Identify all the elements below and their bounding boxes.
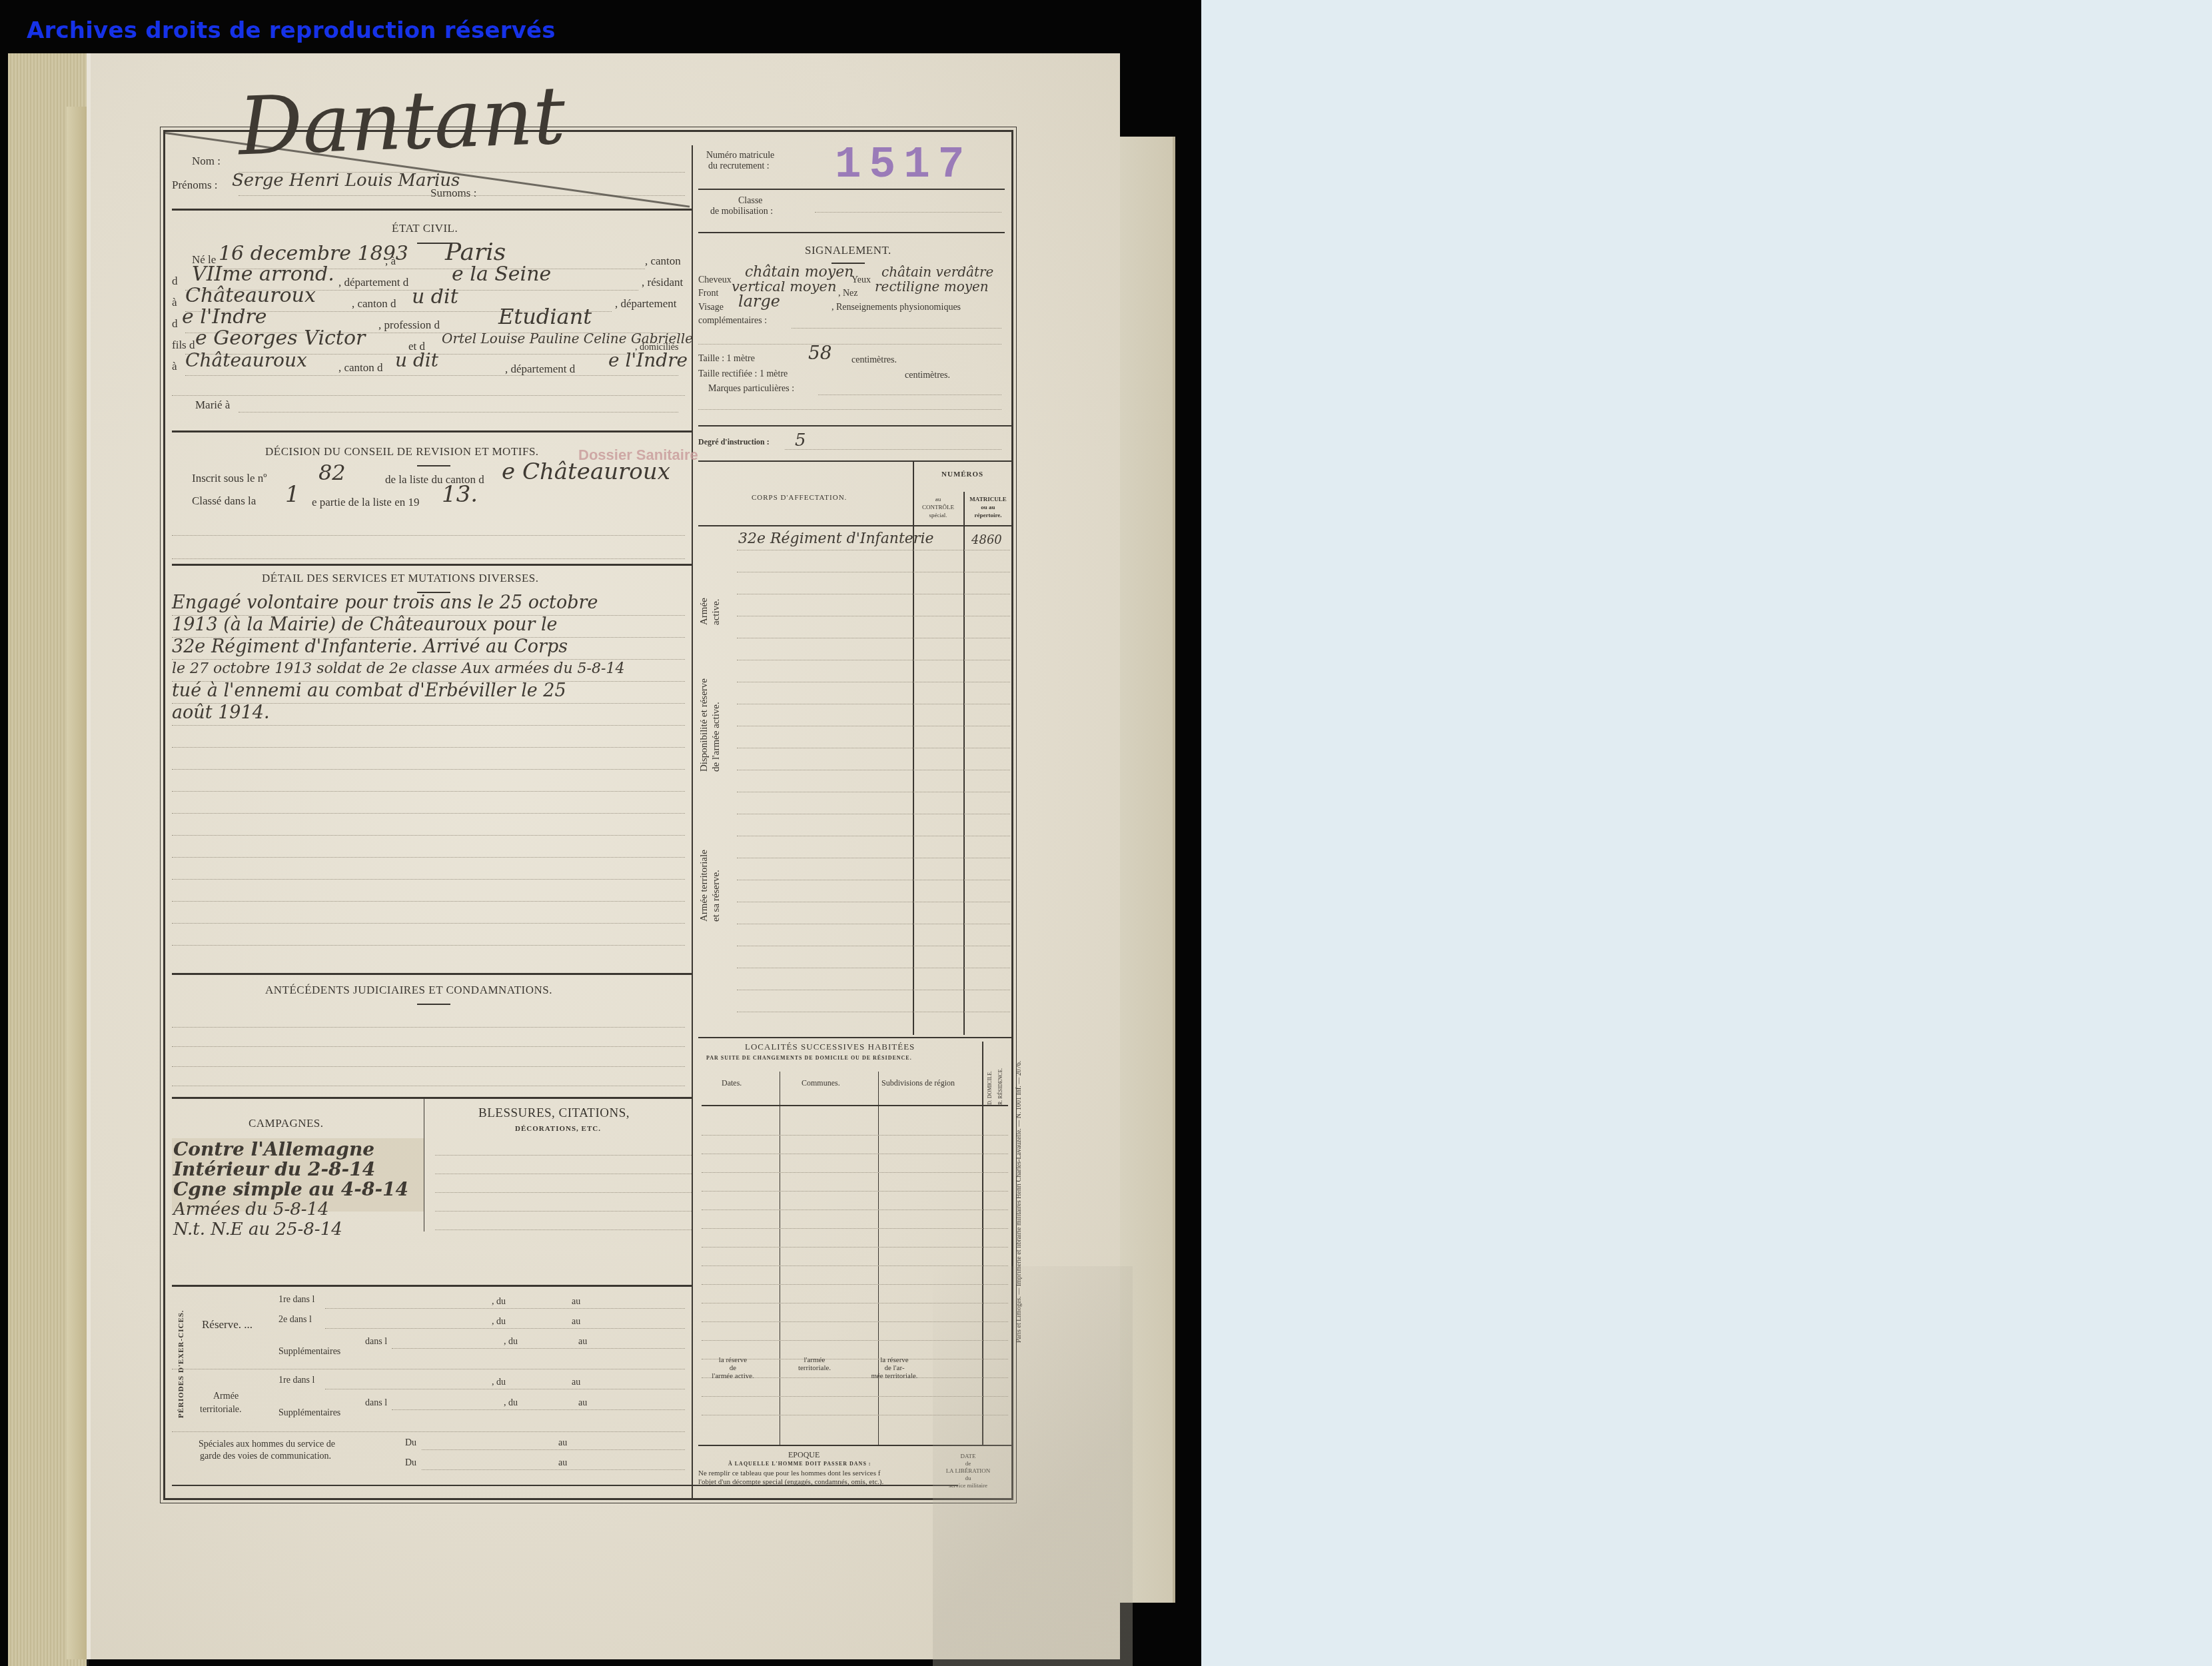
col-reserve-territoriale: la réserve de l'ar- mée territoriale. <box>856 1356 933 1380</box>
blessures-subtitle: DÉCORATIONS, ETC. <box>515 1125 601 1133</box>
residence-canton-value: u dit <box>412 285 458 309</box>
campagne-line: N.t. N.E au 25-8-14 <box>173 1220 408 1240</box>
prenoms-value: Serge Henri Louis Marius <box>232 171 460 191</box>
col-reserve-active: la réserve de l'armée active. <box>696 1356 770 1380</box>
corps-affectation-title: CORPS D'AFFECTATION. <box>752 494 847 502</box>
birth-place-value: Paris <box>445 239 506 266</box>
epoque-title: EPOQUE <box>788 1450 820 1460</box>
instruction-label: Degré d'instruction : <box>698 437 770 447</box>
blessures-title: BLESSURES, CITATIONS, <box>478 1106 630 1121</box>
campagne-line: Armées du 5-8-14 <box>173 1200 408 1220</box>
armee-active-label: Armée active. <box>698 598 722 625</box>
campagne-line: Contre l'Allemagne <box>173 1140 408 1160</box>
campagnes-title: CAMPAGNES. <box>249 1117 324 1130</box>
column-divider <box>692 145 693 1498</box>
classe-partie-value: 1 <box>285 481 300 508</box>
col-matricule-header: MATRICULE ou au répertoire. <box>965 495 1011 519</box>
services-line: 32e Régiment d'Infanterie. Arrivé au Cor… <box>172 636 685 658</box>
nez-value: rectiligne moyen <box>875 279 989 295</box>
col-subdivisions: Subdivisions de région <box>881 1078 955 1088</box>
territoriale-label: Armée territoriale et sa réserve. <box>698 850 722 922</box>
decision-canton-value: e Châteauroux <box>502 458 670 485</box>
corps-entry: 32e Régiment d'Infanterie <box>738 530 933 547</box>
copyright-watermark: Archives droits de reproduction réservés <box>27 17 556 44</box>
visage-value: large <box>738 292 780 311</box>
parents-departement-value: e l'Indre <box>608 349 688 371</box>
decision-title: DÉCISION DU CONSEIL DE REVISION ET MOTIF… <box>265 445 539 458</box>
military-record-form: Nom : Dantant Prénoms : Serge Henri Loui… <box>163 130 1013 1500</box>
epoque-note: Ne remplir ce tableau que pour les homme… <box>698 1469 883 1487</box>
epoque-subtitle: À LAQUELLE L'HOMME DOIT PASSER DANS : <box>728 1461 871 1467</box>
birth-departement-value: e la Seine <box>452 263 551 286</box>
taille-value: 58 <box>808 342 832 364</box>
services-line: août 1914. <box>172 702 685 724</box>
binding-fold <box>67 107 88 1659</box>
services-line: le 27 octobre 1913 soldat de 2e classe A… <box>172 658 685 680</box>
matricule-entry: 4860 <box>971 533 1002 547</box>
services-line: tué à l'ennemi au combat d'Erbéviller le… <box>172 680 685 702</box>
campagne-line: Cgne simple au 4-8-14 <box>173 1180 408 1200</box>
parents-domicile-value: Châteauroux <box>185 349 307 371</box>
parents-canton-value: u dit <box>395 349 438 371</box>
dr-column-header: D. DOMICILE. R. RÉSIDENCE. <box>985 1068 1006 1105</box>
services-title: DÉTAIL DES SERVICES ET MUTATIONS DIVERSE… <box>262 572 538 585</box>
localites-title: LOCALITÉS SUCCESSIVES HABITÉES <box>745 1042 915 1052</box>
instruction-value: 5 <box>795 430 806 450</box>
scanned-document-image: Archives droits de reproduction réservés… <box>0 0 1201 1666</box>
surnoms-label: Surnoms : <box>430 187 476 200</box>
col-controle-header: au CONTRÔLE spécial. <box>914 495 962 519</box>
numeros-title: NUMÉROS <box>941 470 983 478</box>
yeux-value: châtain verdâtre <box>881 264 993 280</box>
nom-value: Dantant <box>237 69 567 173</box>
residence-departement-value: e l'Indre <box>182 305 267 329</box>
inscrit-number-value: 82 <box>318 460 346 485</box>
services-text: Engagé volontaire pour trois ans le 25 o… <box>172 592 685 724</box>
col-armee-territoriale: l'armée territoriale. <box>776 1356 853 1372</box>
campagne-line: Intérieur du 2-8-14 <box>173 1160 408 1180</box>
localites-subtitle: PAR SUITE DE CHANGEMENTS DE DOMICILE OU … <box>706 1055 912 1061</box>
viewer-background <box>1201 0 2212 1666</box>
col-dates: Dates. <box>722 1078 742 1088</box>
birth-canton-value: VIIme arrond. <box>192 263 334 286</box>
classe-year-value: 13. <box>442 481 478 508</box>
residence-value: Châteauroux <box>185 284 316 307</box>
profession-value: Etudiant <box>498 304 592 329</box>
folded-corner-shadow <box>933 1266 1133 1666</box>
services-line: 1913 (à la Mairie) de Châteauroux pour l… <box>172 614 685 636</box>
antecedents-title: ANTÉCÉDENTS JUDICIAIRES ET CONDAMNATIONS… <box>265 984 552 997</box>
campagnes-text: Contre l'Allemagne Intérieur du 2-8-14 C… <box>173 1140 408 1240</box>
periodes-vertical-title: PÉRIODES D'EXER-CICES. <box>177 1309 185 1418</box>
marie-label: Marié à <box>195 399 230 412</box>
nom-label: Nom : <box>192 155 221 168</box>
etat-civil-title: ÉTAT CIVIL. <box>392 222 458 235</box>
disponibilite-label: Disponibilité et réserve de l'armée acti… <box>698 678 722 772</box>
col-communes: Communes. <box>802 1078 840 1088</box>
father-name-value: e Georges Victor <box>195 327 365 350</box>
birth-date-value: 16 decembre 1893 <box>219 242 408 265</box>
matricule-number-stamp: 1517 <box>835 140 972 190</box>
signalement-title: SIGNALEMENT. <box>805 244 891 257</box>
services-line: Engagé volontaire pour trois ans le 25 o… <box>172 592 685 614</box>
prenoms-label: Prénoms : <box>172 179 217 192</box>
